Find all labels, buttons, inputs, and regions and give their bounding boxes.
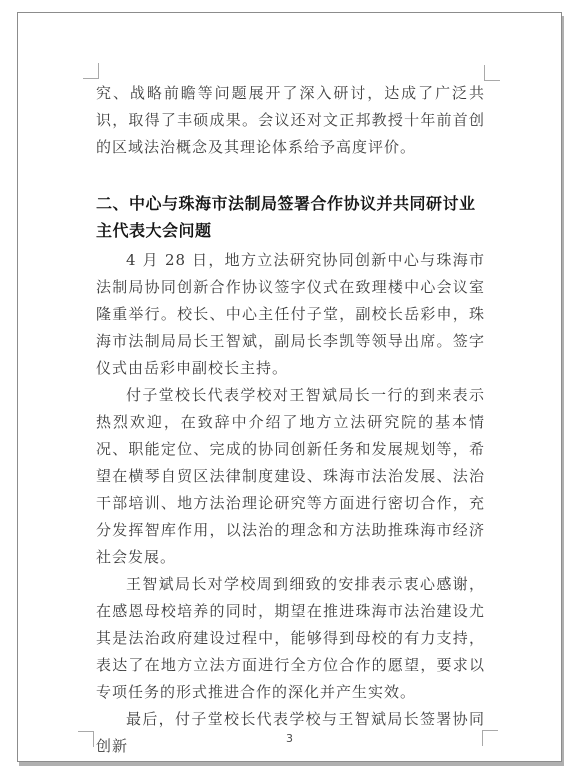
page-number: 3 [18,732,561,745]
paragraph-director-reply: 王智斌局长对学校周到细致的安排表示衷心感谢，在感恩母校培养的同时，期望在推进珠海… [96,571,485,706]
document-canvas: 究、战略前瞻等问题展开了深入研讨，达成了广泛共识，取得了丰硕成果。会议还对文正邦… [0,0,579,780]
paragraph-signing-ceremony: 4 月 28 日，地方立法研究协同创新中心与珠海市法制局协同创新合作协议签字仪式… [96,247,485,382]
continuation-paragraph: 究、战略前瞻等问题展开了深入研讨，达成了广泛共识，取得了丰硕成果。会议还对文正邦… [96,80,485,161]
document-page: 究、战略前瞻等问题展开了深入研讨，达成了广泛共识，取得了丰硕成果。会议还对文正邦… [17,12,562,762]
text-boundary-mark-top-left [83,63,99,79]
section-heading: 二、中心与珠海市法制局签署合作协议并共同研讨业主代表大会问题 [96,190,485,244]
text-boundary-mark-top-right [484,65,500,81]
page-text-area[interactable]: 究、战略前瞻等问题展开了深入研讨，达成了广泛共识，取得了丰硕成果。会议还对文正邦… [96,80,485,760]
paragraph-president-speech: 付子堂校长代表学校对王智斌局长一行的到来表示热烈欢迎，在致辞中介绍了地方立法研究… [96,382,485,571]
